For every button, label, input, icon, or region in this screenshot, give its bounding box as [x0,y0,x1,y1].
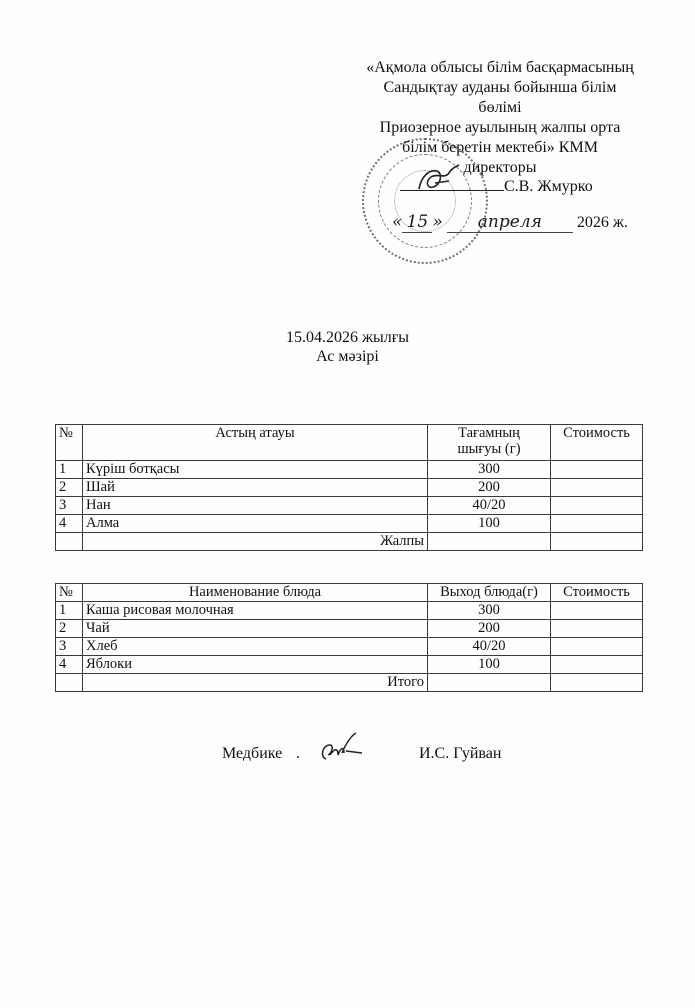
row-cost [551,479,643,497]
approval-line: Сандықтау ауданы бойынша білім [350,78,650,98]
row-cost [551,461,643,479]
header-output-line1: Тағамның [431,425,547,441]
approval-date: «15» апреля2026 ж. [392,212,628,233]
approval-line: білім беретін мектебі» КММ [350,138,650,158]
total-label: Итого [83,674,428,692]
approval-line: «Ақмола облысы білім басқармасының [350,58,650,78]
header-name: Астың атауы [83,425,428,461]
row-cost [551,602,643,620]
menu-heading: Ас мәзірі [0,347,695,366]
approval-line: Приозерное ауылының жалпы орта [350,118,650,138]
row-output: 200 [428,479,551,497]
row-output: 100 [428,515,551,533]
approval-block: «Ақмола облысы білім басқармасының Санды… [350,58,650,178]
row-name: Чай [83,620,428,638]
row-cost [551,620,643,638]
row-name: Алма [83,515,428,533]
row-cost [551,638,643,656]
table-row: 2 Чай 200 [56,620,643,638]
total-output [428,533,551,551]
row-cost [551,497,643,515]
row-name: Шай [83,479,428,497]
row-no: 2 [56,479,83,497]
header-cost: Стоимость [551,425,643,461]
row-output: 300 [428,461,551,479]
header-no: № [56,425,83,461]
total-cost [551,674,643,692]
row-no: 1 [56,461,83,479]
row-name: Нан [83,497,428,515]
total-label: Жалпы [83,533,428,551]
header-name: Наименование блюда [83,584,428,602]
table-header-row: № Астың атауы Тағамның шығуы (г) Стоимос… [56,425,643,461]
approval-line: директоры [350,158,650,178]
row-cost [551,656,643,674]
menu-table-kazakh: № Астың атауы Тағамның шығуы (г) Стоимос… [55,424,643,551]
nurse-dot: . [296,745,300,763]
signature-line [400,176,504,191]
row-no: 4 [56,656,83,674]
nurse-role: Медбике [222,745,282,763]
table-row: 1 Каша рисовая молочная 300 [56,602,643,620]
menu-title-block: 15.04.2026 жылғы Ас мәзірі [0,328,695,366]
date-year: 2026 ж. [577,214,628,231]
date-open-quote: « [392,212,402,232]
row-no: 4 [56,515,83,533]
table-row: 1 Күріш ботқасы 300 [56,461,643,479]
document-page: «Ақмола облысы білім басқармасының Санды… [0,0,695,1008]
date-day: 15 [402,212,432,233]
header-output-line2: шығуы (г) [431,441,547,457]
header-output: Тағамның шығуы (г) [428,425,551,461]
row-cost [551,515,643,533]
row-no: 3 [56,497,83,515]
table-total-row: Жалпы [56,533,643,551]
total-no [56,533,83,551]
table-row: 3 Хлеб 40/20 [56,638,643,656]
table-row: 2 Шай 200 [56,479,643,497]
table-row: 4 Яблоки 100 [56,656,643,674]
row-output: 300 [428,602,551,620]
date-month: апреля [447,212,573,233]
row-name: Яблоки [83,656,428,674]
nurse-name: И.С. Гуйван [419,745,501,763]
header-cost: Стоимость [551,584,643,602]
table-header-row: № Наименование блюда Выход блюда(г) Стои… [56,584,643,602]
row-no: 2 [56,620,83,638]
row-output: 200 [428,620,551,638]
row-output: 100 [428,656,551,674]
total-output [428,674,551,692]
total-no [56,674,83,692]
header-no: № [56,584,83,602]
table-row: 3 Нан 40/20 [56,497,643,515]
table-row: 4 Алма 100 [56,515,643,533]
header-output: Выход блюда(г) [428,584,551,602]
row-no: 1 [56,602,83,620]
signer-name: С.В. Жмурко [504,178,593,195]
nurse-signature-icon [316,731,366,767]
menu-date: 15.04.2026 жылғы [0,328,695,347]
row-name: Хлеб [83,638,428,656]
row-no: 3 [56,638,83,656]
table-total-row: Итого [56,674,643,692]
row-name: Күріш ботқасы [83,461,428,479]
row-output: 40/20 [428,638,551,656]
signer-row: С.В. Жмурко [400,176,593,196]
total-cost [551,533,643,551]
row-output: 40/20 [428,497,551,515]
menu-table-russian: № Наименование блюда Выход блюда(г) Стои… [55,583,643,692]
approval-line: бөлімі [350,98,650,118]
row-name: Каша рисовая молочная [83,602,428,620]
date-close-quote: » [432,212,442,232]
